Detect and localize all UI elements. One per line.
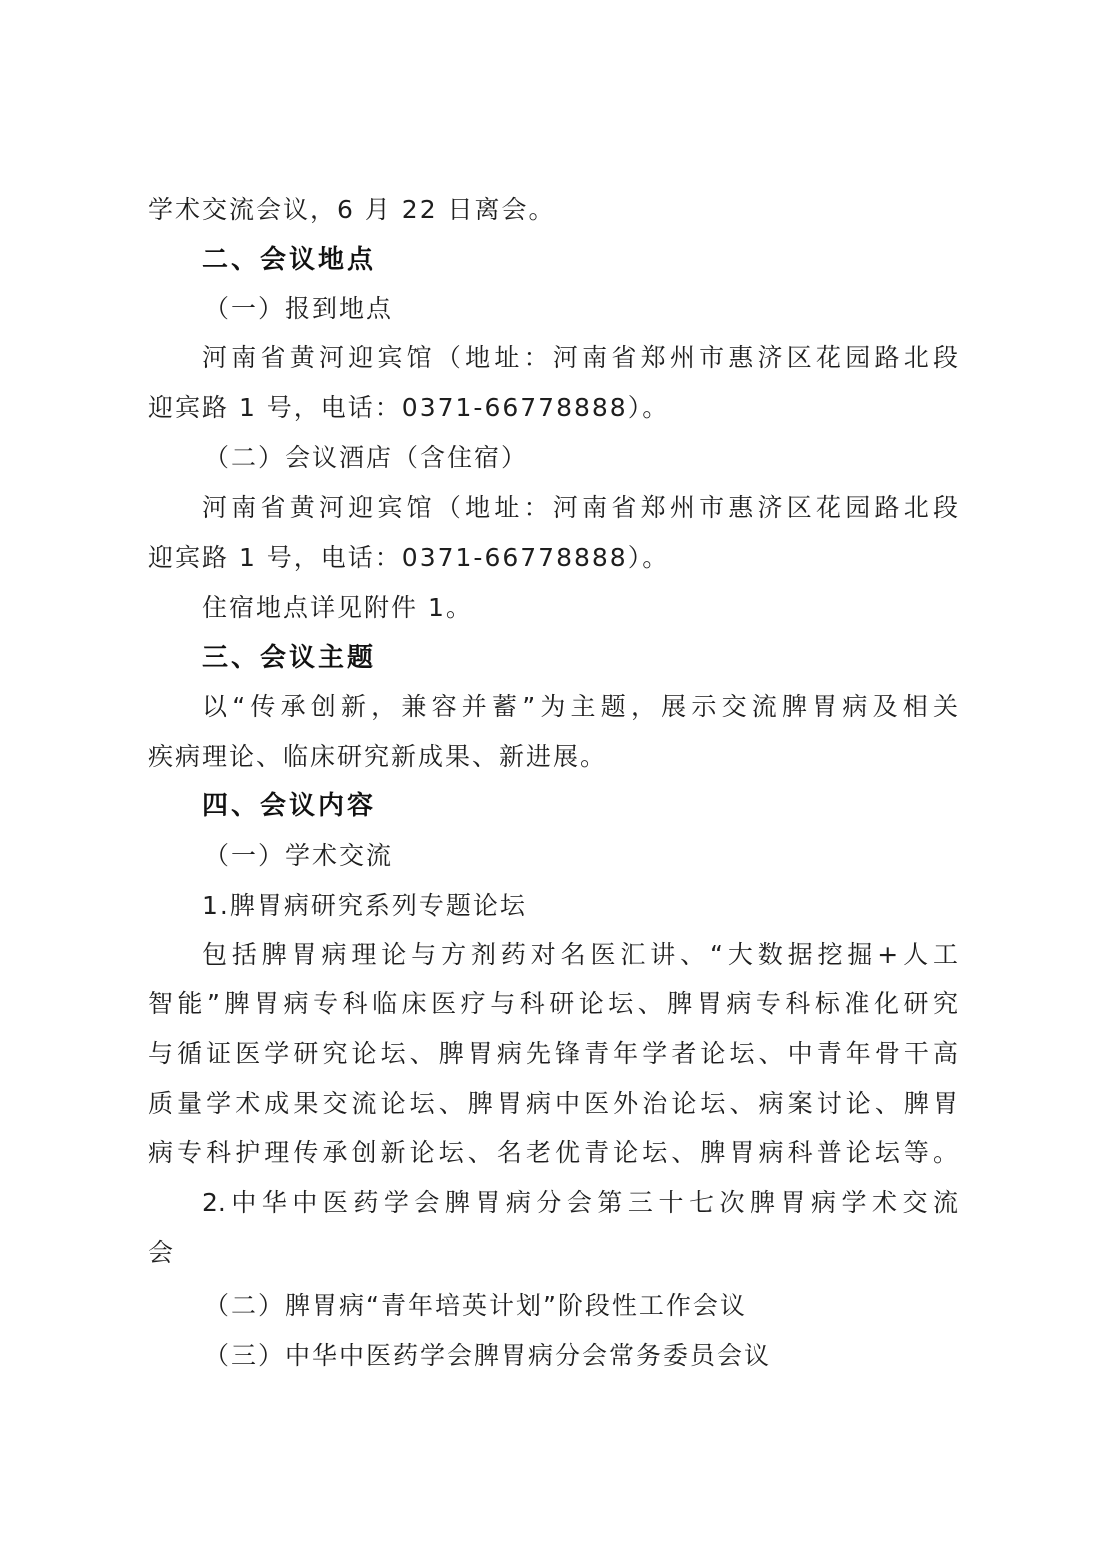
section-heading-theme: 三、会议主题 bbox=[202, 638, 960, 678]
continuation-line: 质量学术成果交流论坛、脾胃病中医外治论坛、病案讨论、脾胃 bbox=[148, 1084, 958, 1124]
paragraph-forum-list: 包括脾胃病理论与方剂药对名医汇讲、“大数据挖掘+人工 bbox=[202, 935, 958, 975]
paragraph-hotel-address: 河南省黄河迎宾馆（地址：河南省郑州市惠济区花园路北段 bbox=[202, 488, 958, 528]
section-heading-venue: 二、会议地点 bbox=[202, 240, 960, 280]
continuation-line: 学术交流会议，6 月 22 日离会。 bbox=[148, 190, 960, 230]
subheading-academic-exchange: （一）学术交流 bbox=[204, 836, 1016, 876]
continuation-line: 迎宾路 1 号，电话：0371-66778888）。 bbox=[148, 388, 960, 428]
continuation-line: 病专科护理传承创新论坛、名老优青论坛、脾胃病科普论坛等。 bbox=[148, 1133, 958, 1173]
list-item-exchange-conference: 2.中华中医药学会脾胃病分会第三十七次脾胃病学术交流 bbox=[202, 1183, 958, 1223]
subheading-youth-plan-meeting: （二）脾胃病“青年培英计划”阶段性工作会议 bbox=[204, 1286, 1016, 1326]
paragraph-accommodation-note: 住宿地点详见附件 1。 bbox=[202, 588, 960, 628]
section-heading-content: 四、会议内容 bbox=[202, 786, 960, 826]
continuation-line: 智能”脾胃病专科临床医疗与科研论坛、脾胃病专科标准化研究 bbox=[148, 984, 958, 1024]
subheading-registration-venue: （一）报到地点 bbox=[204, 289, 1016, 329]
continuation-line: 迎宾路 1 号，电话：0371-66778888）。 bbox=[148, 538, 960, 578]
continuation-line: 会 bbox=[148, 1233, 960, 1273]
list-item-forum-series: 1.脾胃病研究系列专题论坛 bbox=[202, 886, 960, 926]
document-page: 学术交流会议，6 月 22 日离会。 二、会议地点 （一）报到地点 河南省黄河迎… bbox=[0, 0, 1102, 1557]
continuation-line: 与循证医学研究论坛、脾胃病先锋青年学者论坛、中青年骨干高 bbox=[148, 1034, 958, 1074]
subheading-hotel: （二）会议酒店（含住宿） bbox=[204, 438, 1016, 478]
subheading-standing-committee-meeting: （三）中华中医药学会脾胃病分会常务委员会议 bbox=[204, 1336, 1016, 1376]
paragraph-theme: 以“传承创新，兼容并蓄”为主题，展示交流脾胃病及相关 bbox=[202, 687, 958, 727]
continuation-line: 疾病理论、临床研究新成果、新进展。 bbox=[148, 737, 960, 777]
paragraph-registration-address: 河南省黄河迎宾馆（地址：河南省郑州市惠济区花园路北段 bbox=[202, 338, 958, 378]
